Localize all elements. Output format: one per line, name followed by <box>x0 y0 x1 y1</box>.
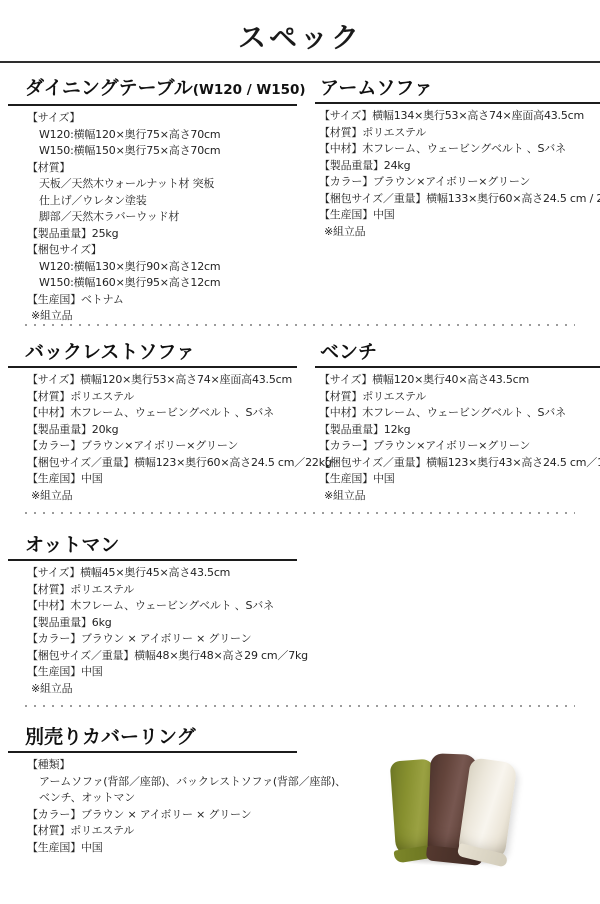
spec-line: 【材質】 <box>8 160 297 177</box>
spec-lines: 【サイズ】横幅120×奥行53×高さ74×座面高43.5cm 【材質】ポリエステ… <box>8 368 297 504</box>
spec-line: 【梱包サイズ／重量】横幅123×奥行43×高さ24.5 cm／13kg <box>315 455 600 472</box>
spec-line: 【生産国】中国 <box>315 471 600 488</box>
spec-line: 仕上げ／ウレタン塗装 <box>8 193 297 210</box>
spec-line: 【中材】木フレーム、ウェービングベルト 、Sバネ <box>315 141 600 158</box>
spec-line: アームソファ(背部／座部)、バックレストソファ(背部／座部)、 <box>8 774 297 791</box>
section-title-text: オットマン <box>25 534 119 556</box>
spec-lines: 【サイズ】 W120:横幅120×奥行75×高さ70cm W150:横幅150×… <box>8 106 297 325</box>
section-title-text: ダイニングテーブル <box>25 77 193 99</box>
header-divider <box>0 61 600 63</box>
spec-line: 【梱包サイズ／重量】横幅133×奥行60×高さ24.5 cm / 26kg <box>315 191 600 208</box>
spec-line-note: ※組立品 <box>8 488 297 505</box>
section-title: ダイニングテーブル(W120 / W150) <box>8 76 297 106</box>
section-divider-dotted <box>25 324 575 326</box>
spec-line: 【生産国】中国 <box>8 664 297 681</box>
spec-line: 【サイズ】横幅120×奥行53×高さ74×座面高43.5cm <box>8 372 297 389</box>
spec-line: 【カラー】ブラウン×アイボリー×グリーン <box>315 174 600 191</box>
spec-line: 【サイズ】横幅134×奥行53×高さ74×座面高43.5cm <box>315 108 600 125</box>
spec-line: 【カラー】ブラウン × アイボリー × グリーン <box>8 631 297 648</box>
spec-lines: 【サイズ】横幅45×奥行45×高さ43.5cm 【材質】ポリエステル 【中材】木… <box>8 561 297 697</box>
spec-line: 【材質】ポリエステル <box>8 389 297 406</box>
spec-line: 【中材】木フレーム、ウェービングベルト 、Sバネ <box>8 405 297 422</box>
spec-line: 【製品重量】6kg <box>8 615 297 632</box>
section-title-text: バックレストソファ <box>25 341 195 363</box>
section-title: 別売りカバーリング <box>8 725 297 753</box>
section-title-text: ベンチ <box>320 341 377 363</box>
spec-line: 【サイズ】 <box>8 110 297 127</box>
section-divider-dotted <box>25 512 575 514</box>
spec-line: W120:横幅120×奥行75×高さ70cm <box>8 127 297 144</box>
section-title: ベンチ <box>315 340 600 368</box>
spec-line: W150:横幅160×奥行95×高さ12cm <box>8 275 297 292</box>
spec-line: 【サイズ】横幅45×奥行45×高さ43.5cm <box>8 565 297 582</box>
spec-line-note: ※組立品 <box>8 681 297 698</box>
spec-line: 【梱包サイズ／重量】横幅48×奥行48×高さ29 cm／7kg <box>8 648 297 665</box>
spec-line: 【製品重量】20kg <box>8 422 297 439</box>
section-divider-dotted <box>25 705 575 707</box>
spec-line: W150:横幅150×奥行75×高さ70cm <box>8 143 297 160</box>
page-title: スペック <box>0 16 600 56</box>
spec-line: 【カラー】ブラウン×アイボリー×グリーン <box>8 438 297 455</box>
spec-line: 【カラー】ブラウン × アイボリー × グリーン <box>8 807 297 824</box>
section-title: アームソファ <box>315 76 600 104</box>
spec-line: 【生産国】中国 <box>315 207 600 224</box>
spec-line: 【材質】ポリエステル <box>315 125 600 142</box>
section-title: バックレストソファ <box>8 340 297 368</box>
section-bench: ベンチ 【サイズ】横幅120×奥行40×高さ43.5cm 【材質】ポリエステル … <box>315 340 600 504</box>
spec-line: 【生産国】中国 <box>8 471 297 488</box>
spec-line: 【梱包サイズ／重量】横幅123×奥行60×高さ24.5 cm／22kg <box>8 455 297 472</box>
spec-line-note: ※組立品 <box>315 224 600 241</box>
spec-line: 【製品重量】24kg <box>315 158 600 175</box>
spec-lines: 【種類】 アームソファ(背部／座部)、バックレストソファ(背部／座部)、 ベンチ… <box>8 753 297 856</box>
section-title: オットマン <box>8 533 297 561</box>
spec-line: 【中材】木フレーム、ウェービングベルト 、Sバネ <box>315 405 600 422</box>
spec-line: 【中材】木フレーム、ウェービングベルト 、Sバネ <box>8 598 297 615</box>
spec-line: 【生産国】ベトナム <box>8 292 297 309</box>
section-arm-sofa: アームソファ 【サイズ】横幅134×奥行53×高さ74×座面高43.5cm 【材… <box>315 76 600 240</box>
section-backrest-sofa: バックレストソファ 【サイズ】横幅120×奥行53×高さ74×座面高43.5cm… <box>8 340 297 504</box>
spec-line: 【種類】 <box>8 757 297 774</box>
spec-line-note: ※組立品 <box>8 308 297 325</box>
spec-line: 【カラー】ブラウン×アイボリー×グリーン <box>315 438 600 455</box>
section-title-suffix: (W120 / W150) <box>193 82 306 98</box>
fabric-swatches-image <box>391 751 521 866</box>
spec-line: 【材質】ポリエステル <box>8 582 297 599</box>
section-title-text: 別売りカバーリング <box>25 726 196 748</box>
section-cover-ring: 別売りカバーリング 【種類】 アームソファ(背部／座部)、バックレストソファ(背… <box>8 725 297 856</box>
spec-line: 【材質】ポリエステル <box>8 823 297 840</box>
spec-lines: 【サイズ】横幅134×奥行53×高さ74×座面高43.5cm 【材質】ポリエステ… <box>315 104 600 240</box>
spec-line: 【サイズ】横幅120×奥行40×高さ43.5cm <box>315 372 600 389</box>
spec-line: 【梱包サイズ】 <box>8 242 297 259</box>
spec-lines: 【サイズ】横幅120×奥行40×高さ43.5cm 【材質】ポリエステル 【中材】… <box>315 368 600 504</box>
spec-line: W120:横幅130×奥行90×高さ12cm <box>8 259 297 276</box>
spec-line: 【製品重量】12kg <box>315 422 600 439</box>
spec-line: 天板／天然木ウォールナット材 突板 <box>8 176 297 193</box>
spec-line-note: ※組立品 <box>315 488 600 505</box>
spec-line: 【材質】ポリエステル <box>315 389 600 406</box>
section-title-text: アームソファ <box>320 77 433 99</box>
spec-line: 【製品重量】25kg <box>8 226 297 243</box>
spec-line: ベンチ、オットマン <box>8 790 297 807</box>
section-ottoman: オットマン 【サイズ】横幅45×奥行45×高さ43.5cm 【材質】ポリエステル… <box>8 533 297 697</box>
spec-line: 【生産国】中国 <box>8 840 297 857</box>
spec-line: 脚部／天然木ラバーウッド材 <box>8 209 297 226</box>
section-dining-table: ダイニングテーブル(W120 / W150) 【サイズ】 W120:横幅120×… <box>8 76 297 325</box>
